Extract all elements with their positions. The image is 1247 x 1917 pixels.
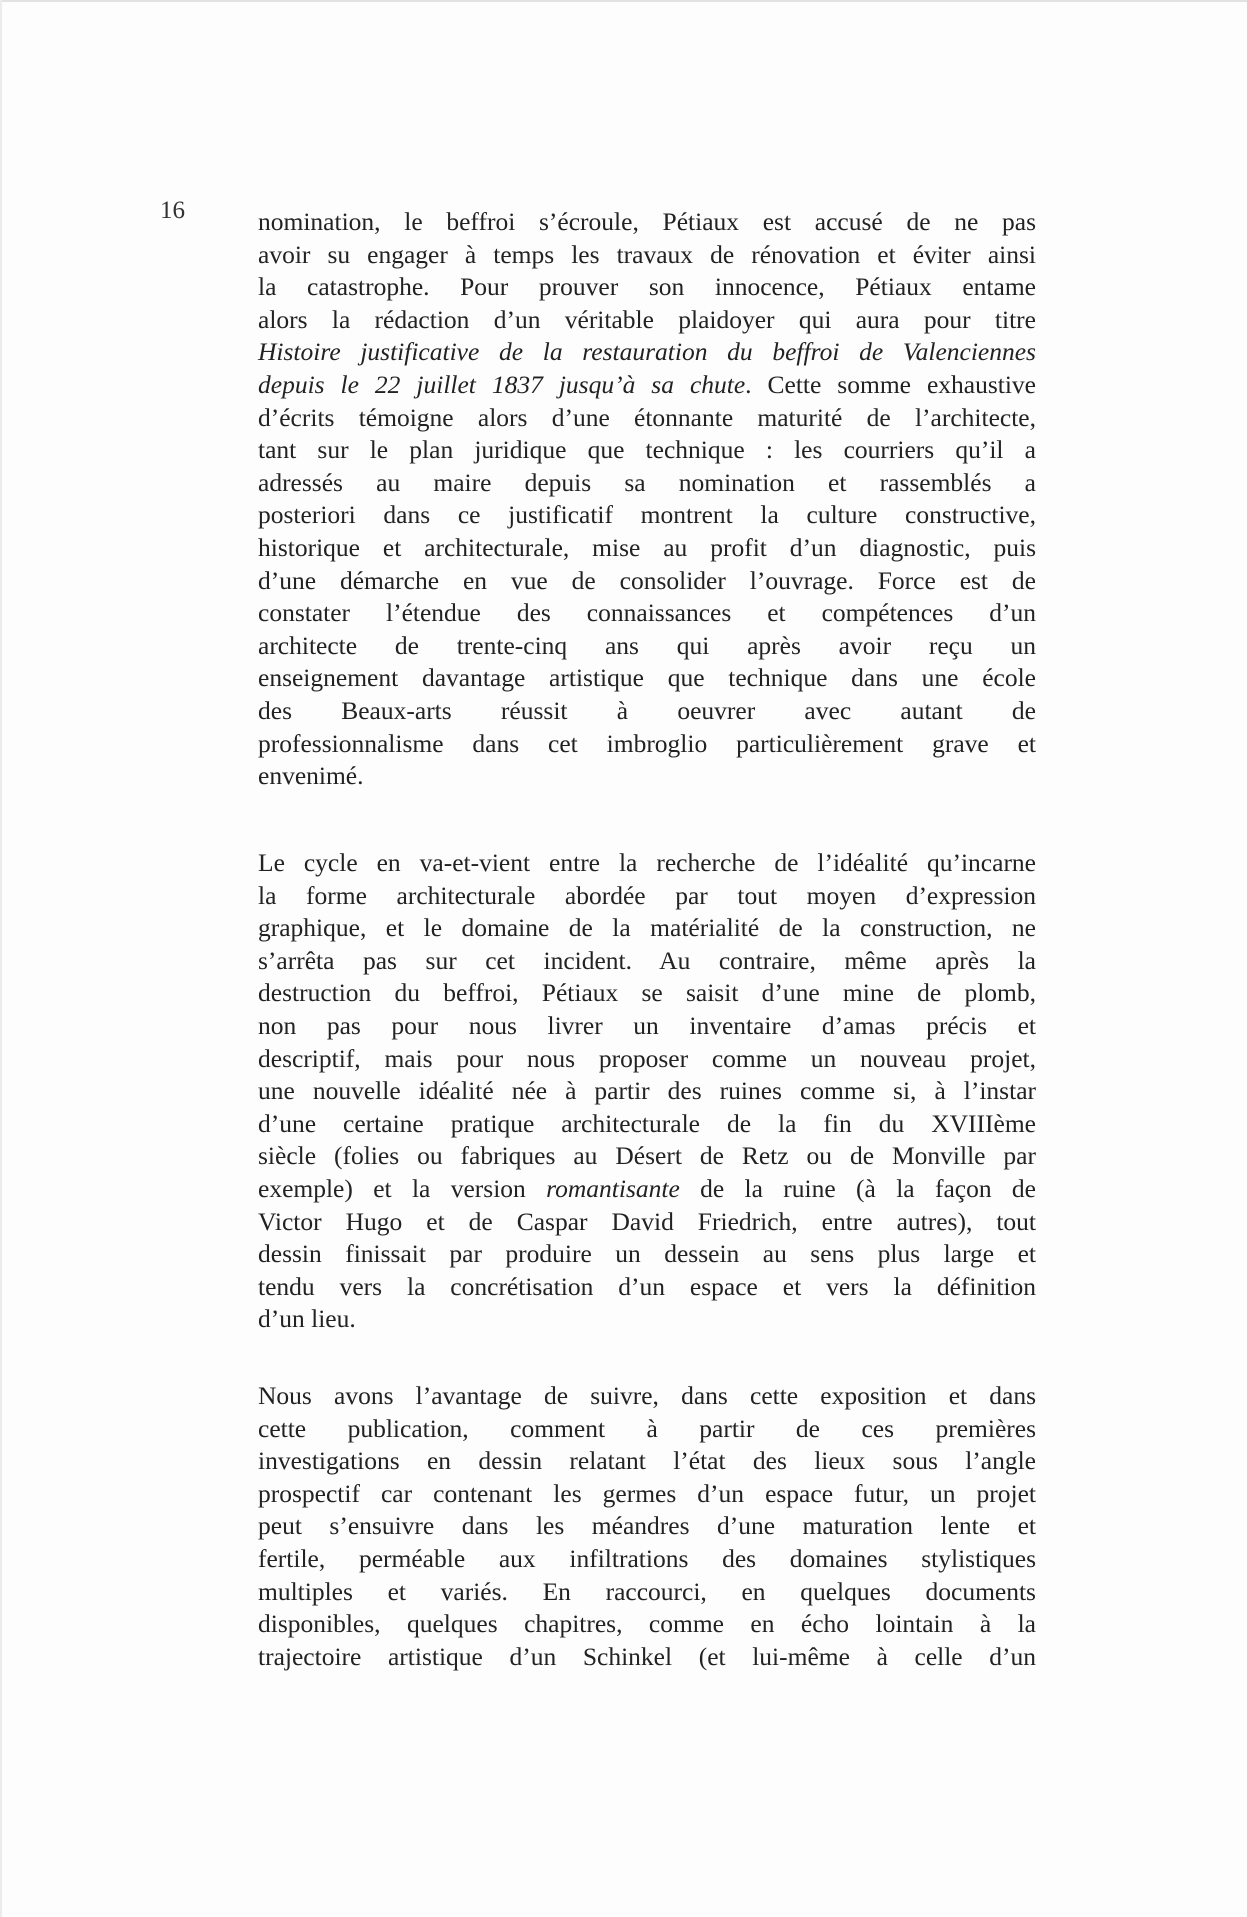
text-line-content: descriptif, mais pour nous proposer comm… [258, 1043, 1036, 1076]
text-line: investigations en dessin relatant l’état… [258, 1445, 1036, 1478]
body-text: la catastrophe. Pour prouver son innocen… [258, 272, 1036, 301]
text-line: Nous avons l’avantage de suivre, dans ce… [258, 1380, 1036, 1413]
body-text: . Cette somme exhaustive [745, 370, 1036, 399]
body-text: d’écrits témoigne alors d’une étonnante … [258, 403, 1036, 432]
body-text: s’arrêta pas sur cet incident. Au contra… [258, 946, 1036, 975]
text-line-content: depuis le 22 juillet 1837 jusqu’à sa chu… [258, 369, 1036, 402]
text-line-content: constater l’étendue des connaissances et… [258, 597, 1036, 630]
text-line-content: disponibles, quelques chapitres, comme e… [258, 1608, 1036, 1641]
text-line: constater l’étendue des connaissances et… [258, 597, 1036, 630]
body-text: de la ruine (à la façon de [680, 1174, 1036, 1203]
body-text: siècle (folies ou fabriques au Désert de… [258, 1141, 1036, 1170]
body-text: multiples et variés. En raccourci, en qu… [258, 1577, 1036, 1606]
text-line-content: la forme architecturale abordée par tout… [258, 880, 1036, 913]
text-line: tendu vers la concrétisation d’un espace… [258, 1271, 1036, 1304]
text-line: s’arrêta pas sur cet incident. Au contra… [258, 945, 1036, 978]
text-line: historique et architecturale, mise au pr… [258, 532, 1036, 565]
text-line: disponibles, quelques chapitres, comme e… [258, 1608, 1036, 1641]
paragraph-2: Le cycle en va-et-vient entre la recherc… [258, 847, 1036, 1336]
text-line: trajectoire artistique d’un Schinkel (et… [258, 1641, 1036, 1674]
body-text: descriptif, mais pour nous proposer comm… [258, 1044, 1036, 1073]
text-line-content: Victor Hugo et de Caspar David Friedrich… [258, 1206, 1036, 1239]
text-line-content: la catastrophe. Pour prouver son innocen… [258, 271, 1036, 304]
text-line: Le cycle en va-et-vient entre la recherc… [258, 847, 1036, 880]
body-text: disponibles, quelques chapitres, comme e… [258, 1609, 1036, 1638]
text-line-content: envenimé. [258, 760, 1036, 793]
text-line: enseignement davantage artistique que te… [258, 662, 1036, 695]
body-text: d’un lieu. [258, 1304, 356, 1333]
body-text: Nous avons l’avantage de suivre, dans ce… [258, 1381, 1036, 1410]
body-text: investigations en dessin relatant l’état… [258, 1446, 1036, 1475]
text-line: la catastrophe. Pour prouver son innocen… [258, 271, 1036, 304]
text-line-content: exemple) et la version romantisante de l… [258, 1173, 1036, 1206]
text-line-content: fertile, perméable aux infiltrations des… [258, 1543, 1036, 1576]
text-line-content: nomination, le beffroi s’écroule, Pétiau… [258, 206, 1036, 239]
italic-title-text: depuis le 22 juillet 1837 jusqu’à sa chu… [258, 370, 745, 399]
text-line-content: alors la rédaction d’un véritable plaido… [258, 304, 1036, 337]
body-text: tant sur le plan juridique que technique… [258, 435, 1036, 464]
body-text: trajectoire artistique d’un Schinkel (et… [258, 1642, 1036, 1671]
text-line: alors la rédaction d’un véritable plaido… [258, 304, 1036, 337]
text-line: tant sur le plan juridique que technique… [258, 434, 1036, 467]
body-text: dessin finissait par produire un dessein… [258, 1239, 1036, 1268]
text-line: d’un lieu. [258, 1303, 1036, 1336]
text-line: la forme architecturale abordée par tout… [258, 880, 1036, 913]
text-line-content: trajectoire artistique d’un Schinkel (et… [258, 1641, 1036, 1674]
text-line-content: posteriori dans ce justificatif montrent… [258, 499, 1036, 532]
text-line: non pas pour nous livrer un inventaire d… [258, 1010, 1036, 1043]
paragraph-3: Nous avons l’avantage de suivre, dans ce… [258, 1380, 1036, 1673]
body-text: Victor Hugo et de Caspar David Friedrich… [258, 1207, 1036, 1236]
text-line: prospectif car contenant les germes d’un… [258, 1478, 1036, 1511]
text-line-content: dessin finissait par produire un dessein… [258, 1238, 1036, 1271]
italic-title-text: Histoire justificative de la restauratio… [258, 337, 1036, 366]
text-line-content: d’une démarche en vue de consolider l’ou… [258, 565, 1036, 598]
text-line: nomination, le beffroi s’écroule, Pétiau… [258, 206, 1036, 239]
text-line-content: enseignement davantage artistique que te… [258, 662, 1036, 695]
text-line-content: Nous avons l’avantage de suivre, dans ce… [258, 1380, 1036, 1413]
paragraph-1: nomination, le beffroi s’écroule, Pétiau… [258, 206, 1036, 793]
text-line: Histoire justificative de la restauratio… [258, 336, 1036, 369]
text-line: des Beaux-arts réussit à oeuvrer avec au… [258, 695, 1036, 728]
body-text: cette publication, comment à partir de c… [258, 1414, 1036, 1443]
text-line-content: cette publication, comment à partir de c… [258, 1413, 1036, 1446]
text-line-content: architecte de trente-cinq ans qui après … [258, 630, 1036, 663]
body-text: destruction du beffroi, Pétiaux se saisi… [258, 978, 1036, 1007]
body-text: posteriori dans ce justificatif montrent… [258, 500, 1036, 529]
text-line: graphique, et le domaine de la matériali… [258, 912, 1036, 945]
text-line: depuis le 22 juillet 1837 jusqu’à sa chu… [258, 369, 1036, 402]
body-text: adressés au maire depuis sa nomination e… [258, 468, 1036, 497]
text-line-content: des Beaux-arts réussit à oeuvrer avec au… [258, 695, 1036, 728]
body-text: avoir su engager à temps les travaux de … [258, 240, 1036, 269]
body-text: une nouvelle idéalité née à partir des r… [258, 1076, 1036, 1105]
body-text: la forme architecturale abordée par tout… [258, 881, 1036, 910]
text-line: fertile, perméable aux infiltrations des… [258, 1543, 1036, 1576]
text-line-content: Le cycle en va-et-vient entre la recherc… [258, 847, 1036, 880]
text-line: une nouvelle idéalité née à partir des r… [258, 1075, 1036, 1108]
text-line-content: graphique, et le domaine de la matériali… [258, 912, 1036, 945]
text-line-content: siècle (folies ou fabriques au Désert de… [258, 1140, 1036, 1173]
text-line: d’une démarche en vue de consolider l’ou… [258, 565, 1036, 598]
body-text: fertile, perméable aux infiltrations des… [258, 1544, 1036, 1573]
body-text: constater l’étendue des connaissances et… [258, 598, 1036, 627]
body-text: prospectif car contenant les germes d’un… [258, 1479, 1036, 1508]
body-text: d’une certaine pratique architecturale d… [258, 1109, 1036, 1138]
text-line-content: tant sur le plan juridique que technique… [258, 434, 1036, 467]
text-line: envenimé. [258, 760, 1036, 793]
page-edge [0, 0, 2, 1917]
text-line-content: non pas pour nous livrer un inventaire d… [258, 1010, 1036, 1043]
text-line: peut s’ensuivre dans les méandres d’une … [258, 1510, 1036, 1543]
text-line: exemple) et la version romantisante de l… [258, 1173, 1036, 1206]
text-line-content: prospectif car contenant les germes d’un… [258, 1478, 1036, 1511]
text-line: cette publication, comment à partir de c… [258, 1413, 1036, 1446]
body-text: exemple) et la version [258, 1174, 546, 1203]
text-line: siècle (folies ou fabriques au Désert de… [258, 1140, 1036, 1173]
text-line-content: une nouvelle idéalité née à partir des r… [258, 1075, 1036, 1108]
text-line-content: investigations en dessin relatant l’état… [258, 1445, 1036, 1478]
text-line-content: Histoire justificative de la restauratio… [258, 336, 1036, 369]
text-line: professionnalisme dans cet imbroglio par… [258, 728, 1036, 761]
text-line: destruction du beffroi, Pétiaux se saisi… [258, 977, 1036, 1010]
text-line-content: d’écrits témoigne alors d’une étonnante … [258, 402, 1036, 435]
text-line: posteriori dans ce justificatif montrent… [258, 499, 1036, 532]
text-line: avoir su engager à temps les travaux de … [258, 239, 1036, 272]
body-text: des Beaux-arts réussit à oeuvrer avec au… [258, 696, 1036, 725]
body-text: alors la rédaction d’un véritable plaido… [258, 305, 1036, 334]
body-text: nomination, le beffroi s’écroule, Pétiau… [258, 207, 1036, 236]
text-line: dessin finissait par produire un dessein… [258, 1238, 1036, 1271]
body-text: architecte de trente-cinq ans qui après … [258, 631, 1036, 660]
body-text: graphique, et le domaine de la matériali… [258, 913, 1036, 942]
body-text: tendu vers la concrétisation d’un espace… [258, 1272, 1036, 1301]
text-line-content: destruction du beffroi, Pétiaux se saisi… [258, 977, 1036, 1010]
body-text: enseignement davantage artistique que te… [258, 663, 1036, 692]
page-edge [0, 0, 1247, 2]
text-line: multiples et variés. En raccourci, en qu… [258, 1576, 1036, 1609]
text-line: architecte de trente-cinq ans qui après … [258, 630, 1036, 663]
text-line-content: professionnalisme dans cet imbroglio par… [258, 728, 1036, 761]
text-line: Victor Hugo et de Caspar David Friedrich… [258, 1206, 1036, 1239]
text-line: d’écrits témoigne alors d’une étonnante … [258, 402, 1036, 435]
text-line-content: tendu vers la concrétisation d’un espace… [258, 1271, 1036, 1304]
text-line: d’une certaine pratique architecturale d… [258, 1108, 1036, 1141]
text-line-content: multiples et variés. En raccourci, en qu… [258, 1576, 1036, 1609]
body-text: non pas pour nous livrer un inventaire d… [258, 1011, 1036, 1040]
body-text: envenimé. [258, 761, 364, 790]
body-text: historique et architecturale, mise au pr… [258, 533, 1036, 562]
page-number: 16 [160, 196, 185, 226]
text-line-content: adressés au maire depuis sa nomination e… [258, 467, 1036, 500]
text-line-content: d’un lieu. [258, 1303, 1036, 1336]
body-text: d’une démarche en vue de consolider l’ou… [258, 566, 1036, 595]
body-text: peut s’ensuivre dans les méandres d’une … [258, 1511, 1036, 1540]
text-line-content: avoir su engager à temps les travaux de … [258, 239, 1036, 272]
text-line: descriptif, mais pour nous proposer comm… [258, 1043, 1036, 1076]
text-line-content: d’une certaine pratique architecturale d… [258, 1108, 1036, 1141]
italic-title-text: romantisante [546, 1174, 680, 1203]
body-text: Le cycle en va-et-vient entre la recherc… [258, 848, 1036, 877]
text-line-content: historique et architecturale, mise au pr… [258, 532, 1036, 565]
text-line-content: s’arrêta pas sur cet incident. Au contra… [258, 945, 1036, 978]
body-text: professionnalisme dans cet imbroglio par… [258, 729, 1036, 758]
text-line: adressés au maire depuis sa nomination e… [258, 467, 1036, 500]
text-line-content: peut s’ensuivre dans les méandres d’une … [258, 1510, 1036, 1543]
